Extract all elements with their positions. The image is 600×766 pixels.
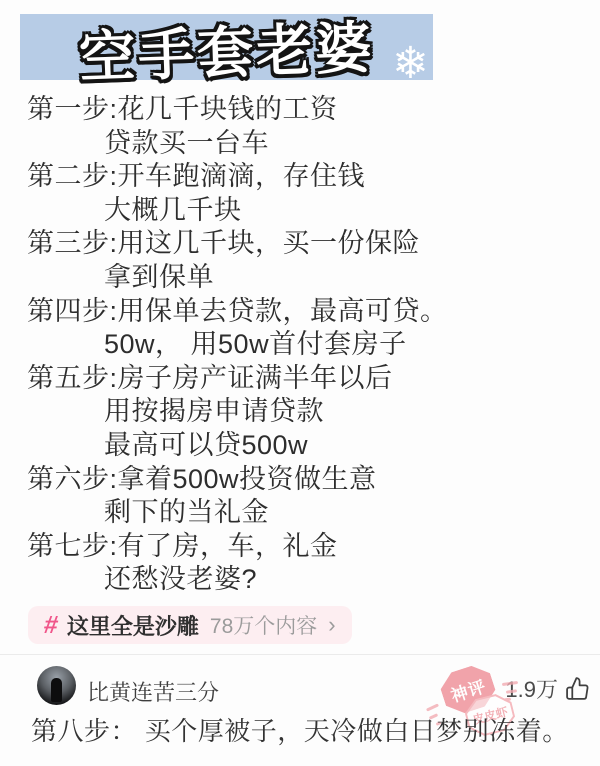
- commenter-username[interactable]: 比黄连苦三分: [87, 676, 219, 707]
- hashtag-topic-link[interactable]: # 这里全是沙雕 78万个内容 ›: [28, 606, 352, 644]
- chevron-right-icon: ›: [328, 614, 335, 636]
- stamp-top-label: 神评: [447, 672, 489, 707]
- step-line: 第一步:花几千块钱的工资: [27, 93, 587, 127]
- like-button[interactable]: 1.9万: [505, 673, 590, 704]
- thumbs-up-icon: [565, 676, 590, 701]
- step-line: 第六步:拿着500w投资做生意: [27, 463, 587, 497]
- step-line: 第三步:用这几千块，买一份保险: [27, 227, 587, 261]
- hashtag-content-count: 78万个内容: [210, 610, 317, 640]
- banner-title: 空手套老婆: [78, 4, 376, 94]
- section-divider: [0, 654, 600, 655]
- step-line: 剩下的当礼金: [27, 496, 587, 530]
- step-line: 贷款买一台车: [27, 127, 587, 161]
- step-line: 还愁没老婆?: [27, 563, 587, 597]
- like-count: 1.9万: [505, 673, 558, 704]
- hashtag-label: 这里全是沙雕: [67, 610, 199, 641]
- step-line: 50w， 用50w首付套房子: [27, 328, 587, 362]
- title-banner: 空手套老婆 ❄: [20, 14, 433, 80]
- step-line: 大概几千块: [27, 194, 587, 228]
- step-line: 第二步:开车跑滴滴，存住钱: [27, 160, 587, 194]
- step-line: 最高可以贷500w: [27, 429, 587, 463]
- stamp-badge-top: 神评: [437, 661, 500, 718]
- avatar-silhouette: [51, 678, 62, 702]
- comment-text: 第八步： 买个厚被子，天冷做白日梦别冻着。: [31, 711, 569, 748]
- step-line: 拿到保单: [27, 261, 587, 295]
- step-line: 第五步:房子房产证满半年以后: [27, 362, 587, 396]
- commenter-avatar[interactable]: [37, 666, 76, 705]
- steps-list: 第一步:花几千块钱的工资 贷款买一台车 第二步:开车跑滴滴，存住钱 大概几千块 …: [27, 93, 587, 597]
- step-line: 用按揭房申请贷款: [27, 395, 587, 429]
- step-line: 第七步:有了房，车，礼金: [27, 530, 587, 564]
- snowflake-icon: ❄: [392, 42, 429, 86]
- step-line: 第四步:用保单去贷款，最高可贷。: [27, 295, 587, 329]
- hash-icon: #: [42, 611, 60, 640]
